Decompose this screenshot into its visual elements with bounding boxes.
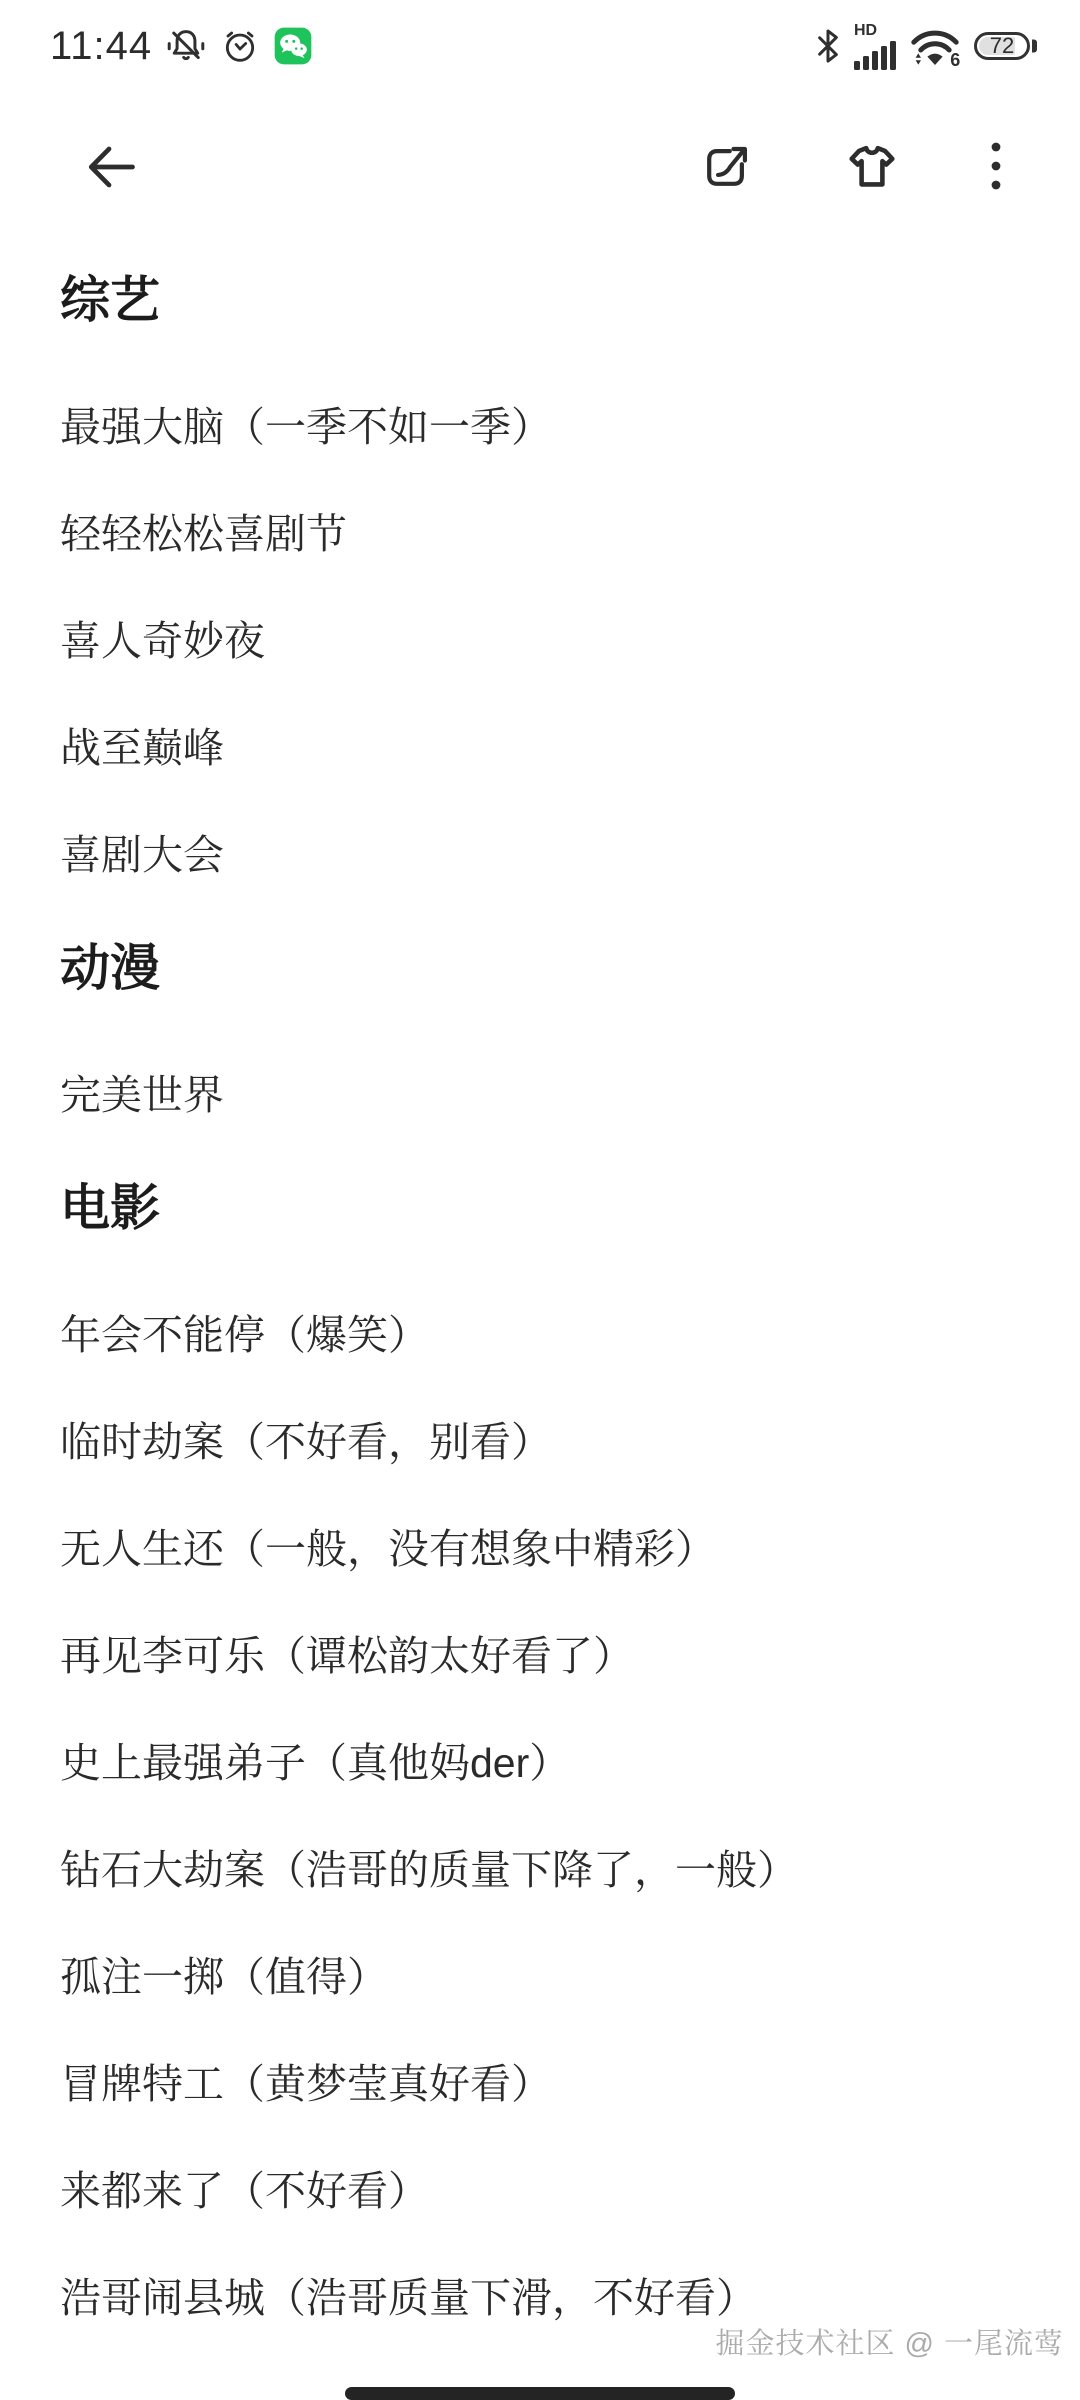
list-item: 临时劫案（不好看，别看） — [60, 1413, 1020, 1471]
list-item: 年会不能停（爆笑） — [60, 1306, 1020, 1364]
list-item: 最强大脑（一季不如一季） — [60, 398, 1020, 456]
article-content: 综艺 最强大脑（一季不如一季） 轻轻松松喜剧节 喜人奇妙夜 战至巅峰 喜剧大会 … — [0, 0, 1080, 2376]
list-item: 无人生还（一般，没有想象中精彩） — [60, 1520, 1020, 1578]
list-item: 钻石大劫案（浩哥的质量下降了，一般） — [60, 1841, 1020, 1899]
list-item: 浩哥闹县城（浩哥质量下滑，不好看） — [60, 2269, 1020, 2327]
list-item: 来都来了（不好看） — [60, 2162, 1020, 2220]
home-indicator[interactable] — [345, 2387, 735, 2400]
list-item: 战至巅峰 — [60, 719, 1020, 777]
section-heading: 电影 — [60, 1173, 1020, 1243]
section-heading: 综艺 — [60, 265, 1020, 335]
list-item: 孤注一掷（值得） — [60, 1948, 1020, 2006]
list-item: 冒牌特工（黄梦莹真好看） — [60, 2055, 1020, 2113]
list-item: 轻轻松松喜剧节 — [60, 505, 1020, 563]
screen: 11:44 — [0, 0, 1080, 2400]
list-item: 史上最强弟子（真他妈der） — [60, 1734, 1020, 1792]
watermark: 掘金技术社区 @ 一尾流莺 — [715, 2321, 1064, 2362]
list-item: 再见李可乐（谭松韵太好看了） — [60, 1627, 1020, 1685]
list-item: 喜剧大会 — [60, 826, 1020, 884]
list-item: 完美世界 — [60, 1066, 1020, 1124]
list-item: 喜人奇妙夜 — [60, 612, 1020, 670]
section-heading: 动漫 — [60, 933, 1020, 1003]
